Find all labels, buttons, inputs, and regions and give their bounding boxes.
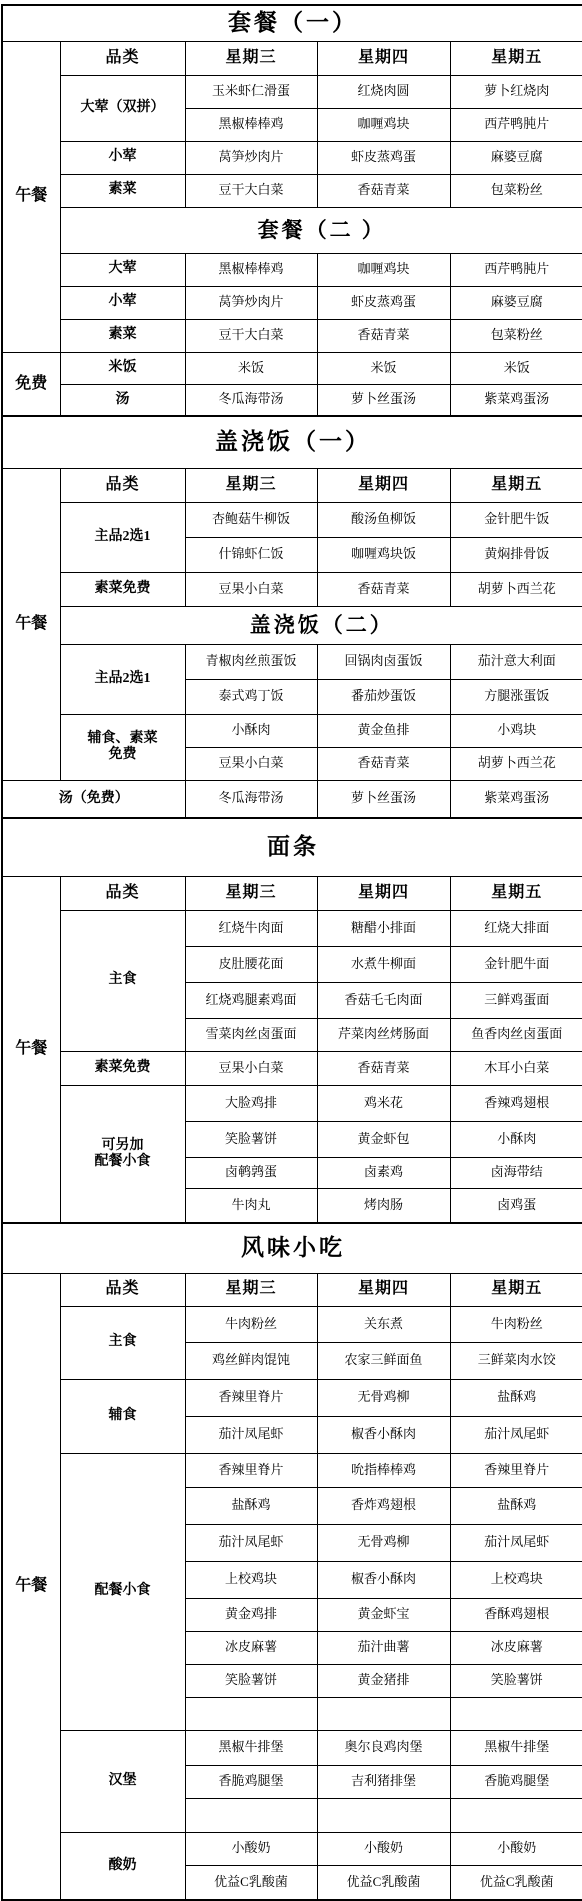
dish-cell: 香辣里脊片: [185, 1453, 317, 1487]
section-subtitle: 套餐（二 ）: [60, 207, 582, 253]
menu-row: 面条: [2, 818, 582, 876]
category-cell: 大荤（双拼）: [60, 75, 185, 141]
dish-cell: 番茄炒蛋饭: [317, 679, 450, 714]
dish-cell: 香辣里脊片: [185, 1379, 317, 1416]
category-cell: 配餐小食: [60, 1453, 185, 1730]
menu-row: 素菜豆干大白菜香菇青菜包菜粉丝: [2, 174, 582, 207]
day-column-header: 星期三: [185, 468, 317, 502]
dish-cell: 笑脸薯饼: [185, 1664, 317, 1697]
dish-cell: 莴笋炒肉片: [185, 286, 317, 319]
dish-cell: 香菇青菜: [317, 319, 450, 352]
dish-cell: 麻婆豆腐: [450, 141, 582, 174]
dish-cell: 什锦虾仁饭: [185, 537, 317, 572]
dish-cell: 香辣鸡翅根: [450, 1085, 582, 1121]
section-title: 套餐（一）: [2, 5, 582, 41]
day-column-header: 星期三: [185, 41, 317, 75]
dish-cell: 西芹鸭肫片: [450, 253, 582, 286]
dish-cell: 牛肉丸: [185, 1188, 317, 1223]
dish-cell: 香脆鸡腿堡: [450, 1765, 582, 1798]
dish-cell: 三鲜鸡蛋面: [450, 982, 582, 1018]
category-cell: 主食: [60, 910, 185, 1051]
dish-cell: 鸡丝鲜肉馄饨: [185, 1342, 317, 1379]
dish-cell: 香菇青菜: [317, 747, 450, 780]
dish-cell: 冬瓜海带汤: [185, 384, 317, 416]
menu-row: 小荤莴笋炒肉片虾皮蒸鸡蛋麻婆豆腐: [2, 141, 582, 174]
dish-cell: 虾皮蒸鸡蛋: [317, 141, 450, 174]
dish-cell: 上校鸡块: [450, 1561, 582, 1598]
dish-cell: 烤肉肠: [317, 1188, 450, 1223]
dish-cell: 黄金猪排: [317, 1664, 450, 1697]
menu-row: 素菜免费豆果小白菜香菇青菜胡萝卜西兰花: [2, 572, 582, 606]
meal-label: 免费: [2, 352, 60, 416]
dish-cell: 咖喱鸡块: [317, 108, 450, 141]
menu-row: 风味小吃: [2, 1223, 582, 1273]
category-cell: 辅食: [60, 1379, 185, 1453]
menu-row: 汉堡黑椒牛排堡奥尔良鸡肉堡黑椒牛排堡: [2, 1730, 582, 1765]
menu-row: 午餐品类星期三星期四星期五: [2, 876, 582, 910]
dish-cell: 糖醋小排面: [317, 910, 450, 946]
menu-row: 素菜豆干大白菜香菇青菜包菜粉丝: [2, 319, 582, 352]
dish-cell: 黄金虾包: [317, 1121, 450, 1157]
dish-cell: 紫菜鸡蛋汤: [450, 780, 582, 818]
dish-cell: 豆干大白菜: [185, 174, 317, 207]
dish-cell: 包菜粉丝: [450, 174, 582, 207]
dish-cell: 胡萝卜西兰花: [450, 747, 582, 780]
dish-cell: 小酸奶: [450, 1832, 582, 1865]
dish-cell: 胡萝卜西兰花: [450, 572, 582, 606]
category-column-header: 品类: [60, 876, 185, 910]
dish-cell: 鸡米花: [317, 1085, 450, 1121]
dish-cell: 鱼香肉丝卤蛋面: [450, 1018, 582, 1051]
dish-cell: 黑椒牛排堡: [450, 1730, 582, 1765]
menu-row: 午餐品类星期三星期四星期五: [2, 468, 582, 502]
dish-cell: 西芹鸭肫片: [450, 108, 582, 141]
dish-cell: 大脸鸡排: [185, 1085, 317, 1121]
dish-cell: 黑椒牛排堡: [185, 1730, 317, 1765]
dish-cell: 冰皮麻薯: [185, 1631, 317, 1664]
dish-cell: 豆果小白菜: [185, 1051, 317, 1085]
menu-row: 汤冬瓜海带汤萝卜丝蛋汤紫菜鸡蛋汤: [2, 384, 582, 416]
empty-cell: [450, 1798, 582, 1832]
section-subtitle: 盖浇饭（二）: [60, 606, 582, 644]
dish-cell: 黄金鱼排: [317, 714, 450, 747]
dish-cell: 小酥肉: [450, 1121, 582, 1157]
section-title: 风味小吃: [2, 1223, 582, 1273]
menu-table-miantiao: 面条午餐品类星期三星期四星期五主食红烧牛肉面糖醋小排面红烧大排面皮肚腰花面水煮牛…: [1, 817, 582, 1224]
day-column-header: 星期五: [450, 41, 582, 75]
menu-row: 午餐品类星期三星期四星期五: [2, 41, 582, 75]
dish-cell: 茄汁凤尾虾: [450, 1416, 582, 1453]
dish-cell: 优益C乳酸菌: [185, 1865, 317, 1900]
dish-cell: 香脆鸡腿堡: [185, 1765, 317, 1798]
empty-cell: [317, 1798, 450, 1832]
dish-cell: 上校鸡块: [185, 1561, 317, 1598]
dish-cell: 香辣里脊片: [450, 1453, 582, 1487]
dish-cell: 吉利猪排堡: [317, 1765, 450, 1798]
menu-row: 主食牛肉粉丝关东煮牛肉粉丝: [2, 1306, 582, 1342]
dish-cell: 关东煮: [317, 1306, 450, 1342]
dish-cell: 芹菜肉丝烤肠面: [317, 1018, 450, 1051]
category-column-header: 品类: [60, 468, 185, 502]
day-column-header: 星期三: [185, 876, 317, 910]
menu-row: 盖浇饭（一）: [2, 416, 582, 468]
dish-cell: 萝卜红烧肉: [450, 75, 582, 108]
dish-cell: 茄汁曲薯: [317, 1631, 450, 1664]
dish-cell: 吮指棒棒鸡: [317, 1453, 450, 1487]
category-column-header: 品类: [60, 1273, 185, 1306]
dish-cell: 回锅肉卤蛋饭: [317, 644, 450, 679]
category-cell: 主品2选1: [60, 502, 185, 572]
day-column-header: 星期四: [317, 41, 450, 75]
menu-row: 套餐（一）: [2, 5, 582, 41]
empty-cell: [185, 1697, 317, 1730]
empty-cell: [185, 1798, 317, 1832]
dish-cell: 红烧鸡腿素鸡面: [185, 982, 317, 1018]
category-cell: 素菜免费: [60, 572, 185, 606]
category-cell: 米饭: [60, 352, 185, 384]
dish-cell: 盐酥鸡: [185, 1487, 317, 1524]
dish-cell: 优益C乳酸菌: [450, 1865, 582, 1900]
dish-cell: 豆果小白菜: [185, 747, 317, 780]
dish-cell: 牛肉粉丝: [185, 1306, 317, 1342]
dish-cell: 红烧大排面: [450, 910, 582, 946]
dish-cell: 金针肥牛面: [450, 946, 582, 982]
menu-row: 辅食香辣里脊片无骨鸡柳盐酥鸡: [2, 1379, 582, 1416]
day-column-header: 星期五: [450, 876, 582, 910]
dish-cell: 红烧牛肉面: [185, 910, 317, 946]
dish-cell: 香酥鸡翅根: [450, 1598, 582, 1631]
dish-cell: 紫菜鸡蛋汤: [450, 384, 582, 416]
dish-cell: 茄汁凤尾虾: [185, 1524, 317, 1561]
category-cell: 大荤: [60, 253, 185, 286]
dish-cell: 雪菜肉丝卤蛋面: [185, 1018, 317, 1051]
menu-row: 主食红烧牛肉面糖醋小排面红烧大排面: [2, 910, 582, 946]
dish-cell: 莴笋炒肉片: [185, 141, 317, 174]
day-column-header: 星期四: [317, 468, 450, 502]
dish-cell: 黄焖排骨饭: [450, 537, 582, 572]
category-cell: 素菜免费: [60, 1051, 185, 1085]
menu-row: 午餐品类星期三星期四星期五: [2, 1273, 582, 1306]
dish-cell: 黑椒棒棒鸡: [185, 253, 317, 286]
menu-row: 酸奶小酸奶小酸奶小酸奶: [2, 1832, 582, 1865]
dish-cell: 黑椒棒棒鸡: [185, 108, 317, 141]
dish-cell: 笑脸薯饼: [450, 1664, 582, 1697]
dish-cell: 香菇乇乇肉面: [317, 982, 450, 1018]
dish-cell: 皮肚腰花面: [185, 946, 317, 982]
menu-row: 免费米饭米饭米饭米饭: [2, 352, 582, 384]
dish-cell: 卤素鸡: [317, 1157, 450, 1188]
dish-cell: 椒香小酥肉: [317, 1561, 450, 1598]
meal-label: 午餐: [2, 41, 60, 352]
day-column-header: 星期四: [317, 1273, 450, 1306]
category-cell: 辅食、素菜 免费: [60, 714, 185, 780]
category-cell: 小荤: [60, 141, 185, 174]
day-column-header: 星期三: [185, 1273, 317, 1306]
category-cell: 汤（免费）: [2, 780, 185, 818]
category-cell: 主品2选1: [60, 644, 185, 714]
dish-cell: 农家三鲜面鱼: [317, 1342, 450, 1379]
dish-cell: 萝卜丝蛋汤: [317, 780, 450, 818]
meal-label: 午餐: [2, 468, 60, 780]
dish-cell: 酸汤鱼柳饭: [317, 502, 450, 537]
category-cell: 素菜: [60, 174, 185, 207]
menu-row: 小荤莴笋炒肉片虾皮蒸鸡蛋麻婆豆腐: [2, 286, 582, 319]
dish-cell: 牛肉粉丝: [450, 1306, 582, 1342]
dish-cell: 卤鹌鹑蛋: [185, 1157, 317, 1188]
category-cell: 可另加 配餐小食: [60, 1085, 185, 1223]
menu-row: 主品2选1杏鲍菇牛柳饭酸汤鱼柳饭金针肥牛饭: [2, 502, 582, 537]
dish-cell: 豆干大白菜: [185, 319, 317, 352]
dish-cell: 小鸡块: [450, 714, 582, 747]
lunch-menu-document: 套餐（一）午餐品类星期三星期四星期五大荤（双拼）玉米虾仁滑蛋红烧肉圆萝卜红烧肉黑…: [0, 0, 582, 1901]
menu-row: 辅食、素菜 免费小酥肉黄金鱼排小鸡块: [2, 714, 582, 747]
category-cell: 汤: [60, 384, 185, 416]
dish-cell: 香菇青菜: [317, 572, 450, 606]
dish-cell: 麻婆豆腐: [450, 286, 582, 319]
dish-cell: 虾皮蒸鸡蛋: [317, 286, 450, 319]
dish-cell: 小酥肉: [185, 714, 317, 747]
dish-cell: 玉米虾仁滑蛋: [185, 75, 317, 108]
dish-cell: 冬瓜海带汤: [185, 780, 317, 818]
dish-cell: 卤海带结: [450, 1157, 582, 1188]
dish-cell: 香菇青菜: [317, 174, 450, 207]
dish-cell: 卤鸡蛋: [450, 1188, 582, 1223]
menu-row: 盖浇饭（二）: [2, 606, 582, 644]
dish-cell: 水煮牛柳面: [317, 946, 450, 982]
menu-table-fengweixiaochi: 风味小吃午餐品类星期三星期四星期五主食牛肉粉丝关东煮牛肉粉丝鸡丝鲜肉馄饨农家三鲜…: [1, 1222, 582, 1901]
dish-cell: 咖喱鸡块饭: [317, 537, 450, 572]
dish-cell: 无骨鸡柳: [317, 1379, 450, 1416]
dish-cell: 米饭: [450, 352, 582, 384]
dish-cell: 青椒肉丝煎蛋饭: [185, 644, 317, 679]
dish-cell: 奥尔良鸡肉堡: [317, 1730, 450, 1765]
category-cell: 酸奶: [60, 1832, 185, 1900]
section-title: 面条: [2, 818, 582, 876]
menu-row: 主品2选1青椒肉丝煎蛋饭回锅肉卤蛋饭茄汁意大利面: [2, 644, 582, 679]
dish-cell: 金针肥牛饭: [450, 502, 582, 537]
meal-label: 午餐: [2, 876, 60, 1223]
dish-cell: 咖喱鸡块: [317, 253, 450, 286]
dish-cell: 优益C乳酸菌: [317, 1865, 450, 1900]
dish-cell: 香炸鸡翅根: [317, 1487, 450, 1524]
dish-cell: 米饭: [185, 352, 317, 384]
dish-cell: 木耳小白菜: [450, 1051, 582, 1085]
dish-cell: 黄金虾宝: [317, 1598, 450, 1631]
dish-cell: 方腿涨蛋饭: [450, 679, 582, 714]
day-column-header: 星期五: [450, 468, 582, 502]
category-cell: 素菜: [60, 319, 185, 352]
dish-cell: 无骨鸡柳: [317, 1524, 450, 1561]
dish-cell: 红烧肉圆: [317, 75, 450, 108]
meal-label: 午餐: [2, 1273, 60, 1900]
dish-cell: 盐酥鸡: [450, 1379, 582, 1416]
day-column-header: 星期五: [450, 1273, 582, 1306]
dish-cell: 茄汁凤尾虾: [450, 1524, 582, 1561]
day-column-header: 星期四: [317, 876, 450, 910]
dish-cell: 香菇青菜: [317, 1051, 450, 1085]
empty-cell: [450, 1697, 582, 1730]
section-title: 盖浇饭（一）: [2, 416, 582, 468]
dish-cell: 盐酥鸡: [450, 1487, 582, 1524]
category-cell: 主食: [60, 1306, 185, 1379]
dish-cell: 椒香小酥肉: [317, 1416, 450, 1453]
category-cell: 汉堡: [60, 1730, 185, 1832]
menu-table-taocan: 套餐（一）午餐品类星期三星期四星期五大荤（双拼）玉米虾仁滑蛋红烧肉圆萝卜红烧肉黑…: [1, 4, 582, 417]
empty-cell: [317, 1697, 450, 1730]
dish-cell: 茄汁凤尾虾: [185, 1416, 317, 1453]
menu-row: 汤（免费）冬瓜海带汤萝卜丝蛋汤紫菜鸡蛋汤: [2, 780, 582, 818]
category-cell: 小荤: [60, 286, 185, 319]
category-column-header: 品类: [60, 41, 185, 75]
dish-cell: 茄汁意大利面: [450, 644, 582, 679]
dish-cell: 豆果小白菜: [185, 572, 317, 606]
dish-cell: 冰皮麻薯: [450, 1631, 582, 1664]
dish-cell: 小酸奶: [317, 1832, 450, 1865]
menu-row: 套餐（二 ）: [2, 207, 582, 253]
dish-cell: 萝卜丝蛋汤: [317, 384, 450, 416]
menu-row: 大荤黑椒棒棒鸡咖喱鸡块西芹鸭肫片: [2, 253, 582, 286]
dish-cell: 泰式鸡丁饭: [185, 679, 317, 714]
menu-row: 大荤（双拼）玉米虾仁滑蛋红烧肉圆萝卜红烧肉: [2, 75, 582, 108]
dish-cell: 黄金鸡排: [185, 1598, 317, 1631]
dish-cell: 小酸奶: [185, 1832, 317, 1865]
menu-row: 素菜免费豆果小白菜香菇青菜木耳小白菜: [2, 1051, 582, 1085]
dish-cell: 米饭: [317, 352, 450, 384]
menu-row: 配餐小食香辣里脊片吮指棒棒鸡香辣里脊片: [2, 1453, 582, 1487]
dish-cell: 三鲜菜肉水饺: [450, 1342, 582, 1379]
menu-table-gaijiaofan: 盖浇饭（一）午餐品类星期三星期四星期五主品2选1杏鲍菇牛柳饭酸汤鱼柳饭金针肥牛饭…: [1, 415, 582, 819]
dish-cell: 笑脸薯饼: [185, 1121, 317, 1157]
dish-cell: 包菜粉丝: [450, 319, 582, 352]
dish-cell: 杏鲍菇牛柳饭: [185, 502, 317, 537]
menu-row: 可另加 配餐小食大脸鸡排鸡米花香辣鸡翅根: [2, 1085, 582, 1121]
